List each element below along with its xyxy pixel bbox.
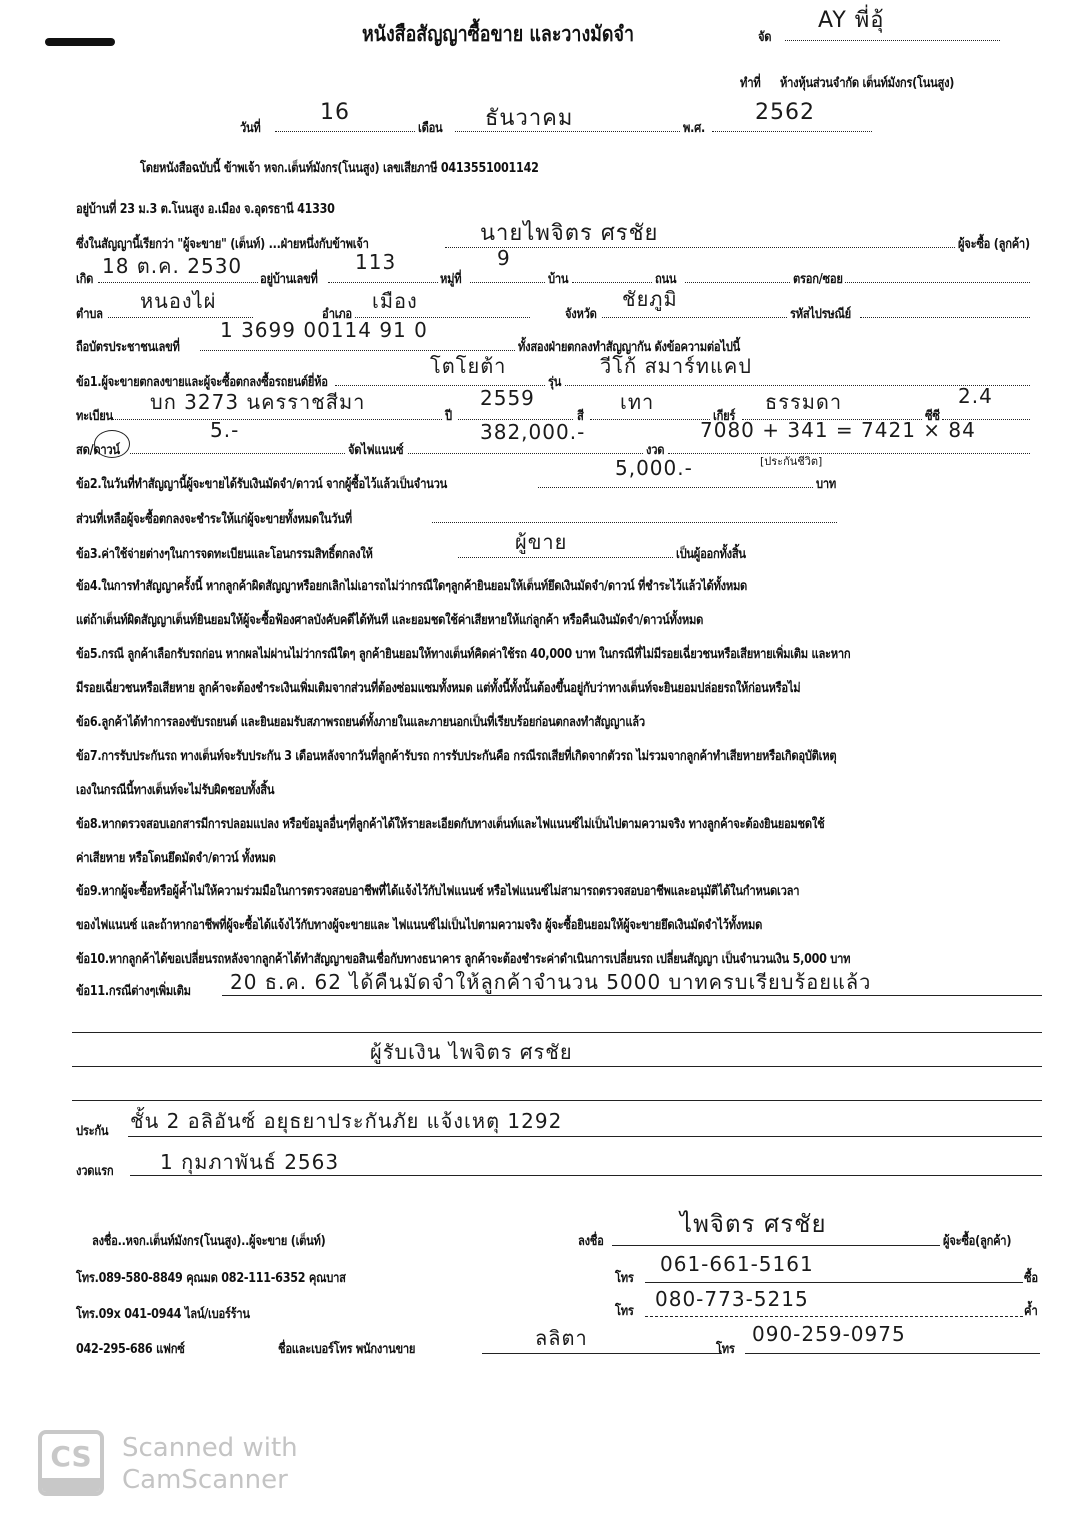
buyer-phone-label: โทร xyxy=(615,1267,634,1288)
clause3-label: ข้อ3.ค่าใช้จ่ายต่างๆในการจดทะเบียนและโอน… xyxy=(76,543,373,564)
year-value: 2559 xyxy=(480,386,535,410)
party-suffix: ผู้จะซื้อ (ลูกค้า) xyxy=(958,233,1030,254)
clause5-line1: ข้อ5.กรณี ลูกค้าเลือกรับรถก่อน หากผลไม่ผ… xyxy=(76,643,850,664)
district-value: เมือง xyxy=(372,285,418,317)
postcode-label: รหัสไปรษณีย์ xyxy=(790,303,851,324)
reg-label: ทะเบียน xyxy=(76,405,113,426)
alley-label: ตรอก/ซอย xyxy=(793,268,843,289)
subdistrict-label: ตำบล xyxy=(76,303,103,324)
gear-value: ธรรมดา xyxy=(765,386,842,418)
day-value: 16 xyxy=(320,100,350,125)
first-installment-value: 1 กุมภาพันธ์ 2563 xyxy=(160,1146,339,1178)
province-value: ชัยภูมิ xyxy=(622,283,678,315)
insurance-label: ประกัน xyxy=(76,1120,108,1141)
moo-label: หมู่ที่ xyxy=(440,268,461,289)
month-value: ธันวาคม xyxy=(485,100,573,135)
clause4-line1: ข้อ4.ในการทำสัญญาครั้งนี้ หากลูกค้าผิดสั… xyxy=(76,575,747,596)
brand-value: โตโยต้า xyxy=(430,350,506,382)
salesperson-phone-value: 090-259-0975 xyxy=(752,1322,906,1346)
remaining-label: ส่วนที่เหลือผู้จะซื้อตกลงจะชำระให้แก่ผู้… xyxy=(76,508,352,529)
buyer-sign-label: ลงชื่อ xyxy=(578,1230,604,1251)
installment-note: [ประกันชีวิต] xyxy=(760,452,822,470)
seller-phone2: โทร.09x 041-0944 ไลน์/เบอร์ร้าน xyxy=(76,1303,250,1324)
village-label: บ้าน xyxy=(548,268,568,289)
camscanner-logo-icon: CS xyxy=(38,1430,104,1496)
id-value: 1 3699 00114 91 0 xyxy=(220,318,428,342)
place-value: ห้างหุ้นส่วนจำกัด เต็นท์มังกร(โนนสูง) xyxy=(780,72,954,93)
salesperson-value: ลลิตา xyxy=(535,1322,588,1354)
model-label: รุ่น xyxy=(548,371,561,392)
clause9-line1: ข้อ9.หากผู้จะซื้อหรือผู้ค้ำไม่ให้ความร่ว… xyxy=(76,880,799,901)
place-label: ทำที่ xyxy=(740,72,761,93)
address-line: อยู่บ้านที่ 23 ม.3 ต.โนนสูง อ.เมือง จ.อุ… xyxy=(76,198,335,219)
buyer-phone-suffix: ซื้อ xyxy=(1024,1267,1038,1288)
guarantor-phone-value: 080-773-5215 xyxy=(655,1287,809,1311)
day-label: วันที่ xyxy=(240,117,261,138)
clause8-line2: ค่าเสียหาย หรือโดนยึดมัดจำ/ดาวน์ ทั้งหมด xyxy=(76,847,276,868)
model-value: วีโก้ สมาร์ทแคป xyxy=(600,350,752,382)
clause7-line1: ข้อ7.การรับประกันรถ ทางเต็นท์จะรับประกัน… xyxy=(76,745,836,766)
buyer-name: นายไพจิตร ศรชัย xyxy=(480,215,658,250)
finance-label: จัดไฟแนนซ์ xyxy=(348,439,403,460)
insurance-value: ชั้น 2 อลิอันซ์ อยุธยาประกันภัย แจ้งเหตุ… xyxy=(130,1105,562,1137)
seller-phone1: โทร.089-580-8849 คุณมด 082-111-6352 คุณบ… xyxy=(76,1267,346,1288)
birth-value: 18 ต.ค. 2530 xyxy=(102,250,242,282)
deposit-unit: บาท xyxy=(816,473,836,494)
subdistrict-value: หนองไผ่ xyxy=(140,285,216,317)
guarantor-phone-label: โทร xyxy=(615,1300,634,1321)
province-label: จังหวัด xyxy=(565,303,597,324)
guarantor-phone-suffix: ค้ำ xyxy=(1024,1300,1038,1321)
salesperson-label: ชื่อและเบอร์โทร พนักงานขาย xyxy=(278,1338,415,1359)
clause11-line2: ผู้รับเงิน ไพจิตร ศรชัย xyxy=(370,1036,573,1068)
month-label: เดือน xyxy=(418,117,442,138)
house-no-label: อยู่บ้านเลขที่ xyxy=(260,268,318,289)
clause4-line2: แต่ถ้าเต็นท์ผิดสัญญาเต็นท์ยินยอมให้ผู้จะ… xyxy=(76,609,703,630)
scan-mark xyxy=(45,38,115,46)
clause11-label: ข้อ11.กรณีต่างๆเพิ่มเติม xyxy=(76,980,191,1001)
intro-line: โดยหนังสือฉบับนี้ ข้าพเจ้า หจก.เต็นท์มัง… xyxy=(140,157,539,178)
clause11-line1: 20 ธ.ค. 62 ได้คืนมัดจำให้ลูกค้าจำนวน 500… xyxy=(230,966,871,998)
seller-fax: 042-295-686 แฟกซ์ xyxy=(76,1338,185,1359)
clause3-payer: ผู้ขาย xyxy=(515,526,567,558)
deposit-value: 5,000.- xyxy=(615,456,693,480)
clause7-line2: เองในกรณีนี้ทางเต็นท์จะไม่รับผิดชอบทั้งส… xyxy=(76,779,274,800)
clause8-line1: ข้อ8.หากตรวจสอบเอกสารมีการปลอมแปลง หรือข… xyxy=(76,813,824,834)
cc-value: 2.4 xyxy=(958,384,993,408)
clause2-label: ข้อ2.ในวันที่ทำสัญญานี้ผู้จะขายได้รับเงิ… xyxy=(76,473,447,494)
year-label: ปี xyxy=(445,405,452,426)
camscanner-caption: Scanned with CamScanner xyxy=(122,1432,298,1496)
down-value: 5.- xyxy=(210,418,239,442)
watermark-line2: CamScanner xyxy=(122,1464,298,1496)
year-value: 2562 xyxy=(755,100,815,125)
year-label: พ.ศ. xyxy=(683,117,705,138)
installment-value: 7080 + 341 = 7421 × 84 xyxy=(700,418,976,442)
jad-label: จัด xyxy=(758,26,771,47)
buyer-signature: ไพจิตร ศรชัย xyxy=(680,1204,827,1243)
clause9-line2: ของไฟแนนซ์ และถ้าหากอาชีพที่ผู้จะซื้อได้… xyxy=(76,914,762,935)
house-no-value: 113 xyxy=(355,250,396,274)
birth-label: เกิด xyxy=(76,268,93,289)
finance-value: 382,000.- xyxy=(480,420,585,444)
watermark-line1: Scanned with xyxy=(122,1432,298,1464)
document-title: หนังสือสัญญาซื้อขาย และวางมัดจำ xyxy=(362,18,634,51)
reg-value: บก 3273 นครราชสีมา xyxy=(150,386,365,418)
buyer-phone-value: 061-661-5161 xyxy=(660,1252,814,1276)
id-label: ถือบัตรประชาชนเลขที่ xyxy=(76,336,180,357)
clause5-line2: มีรอยเฉี่ยวชนหรือเสียหาย ลูกค้าจะต้องชำร… xyxy=(76,677,800,698)
clause6: ข้อ6.ลูกค้าได้ทำการลองขับรถยนต์ และยินยอ… xyxy=(76,711,645,732)
salesperson-phone-label: โทร xyxy=(716,1338,735,1359)
moo-value: 9 xyxy=(497,246,511,270)
color-value: เทา xyxy=(620,386,654,418)
first-installment-label: งวดแรก xyxy=(76,1160,113,1181)
down-label: สด/ดาวน์ xyxy=(76,439,120,460)
seller-signature: ลงชื่อ..หจก.เต็นท์มังกร(โนนสูง)..ผู้จะขา… xyxy=(92,1230,325,1251)
clause3-suffix: เป็นผู้ออกทั้งสิ้น xyxy=(676,543,746,564)
jad-value: AY พี่อุ้ xyxy=(818,2,885,37)
buyer-sign-suffix: ผู้จะซื้อ(ลูกค้า) xyxy=(943,1230,1011,1251)
